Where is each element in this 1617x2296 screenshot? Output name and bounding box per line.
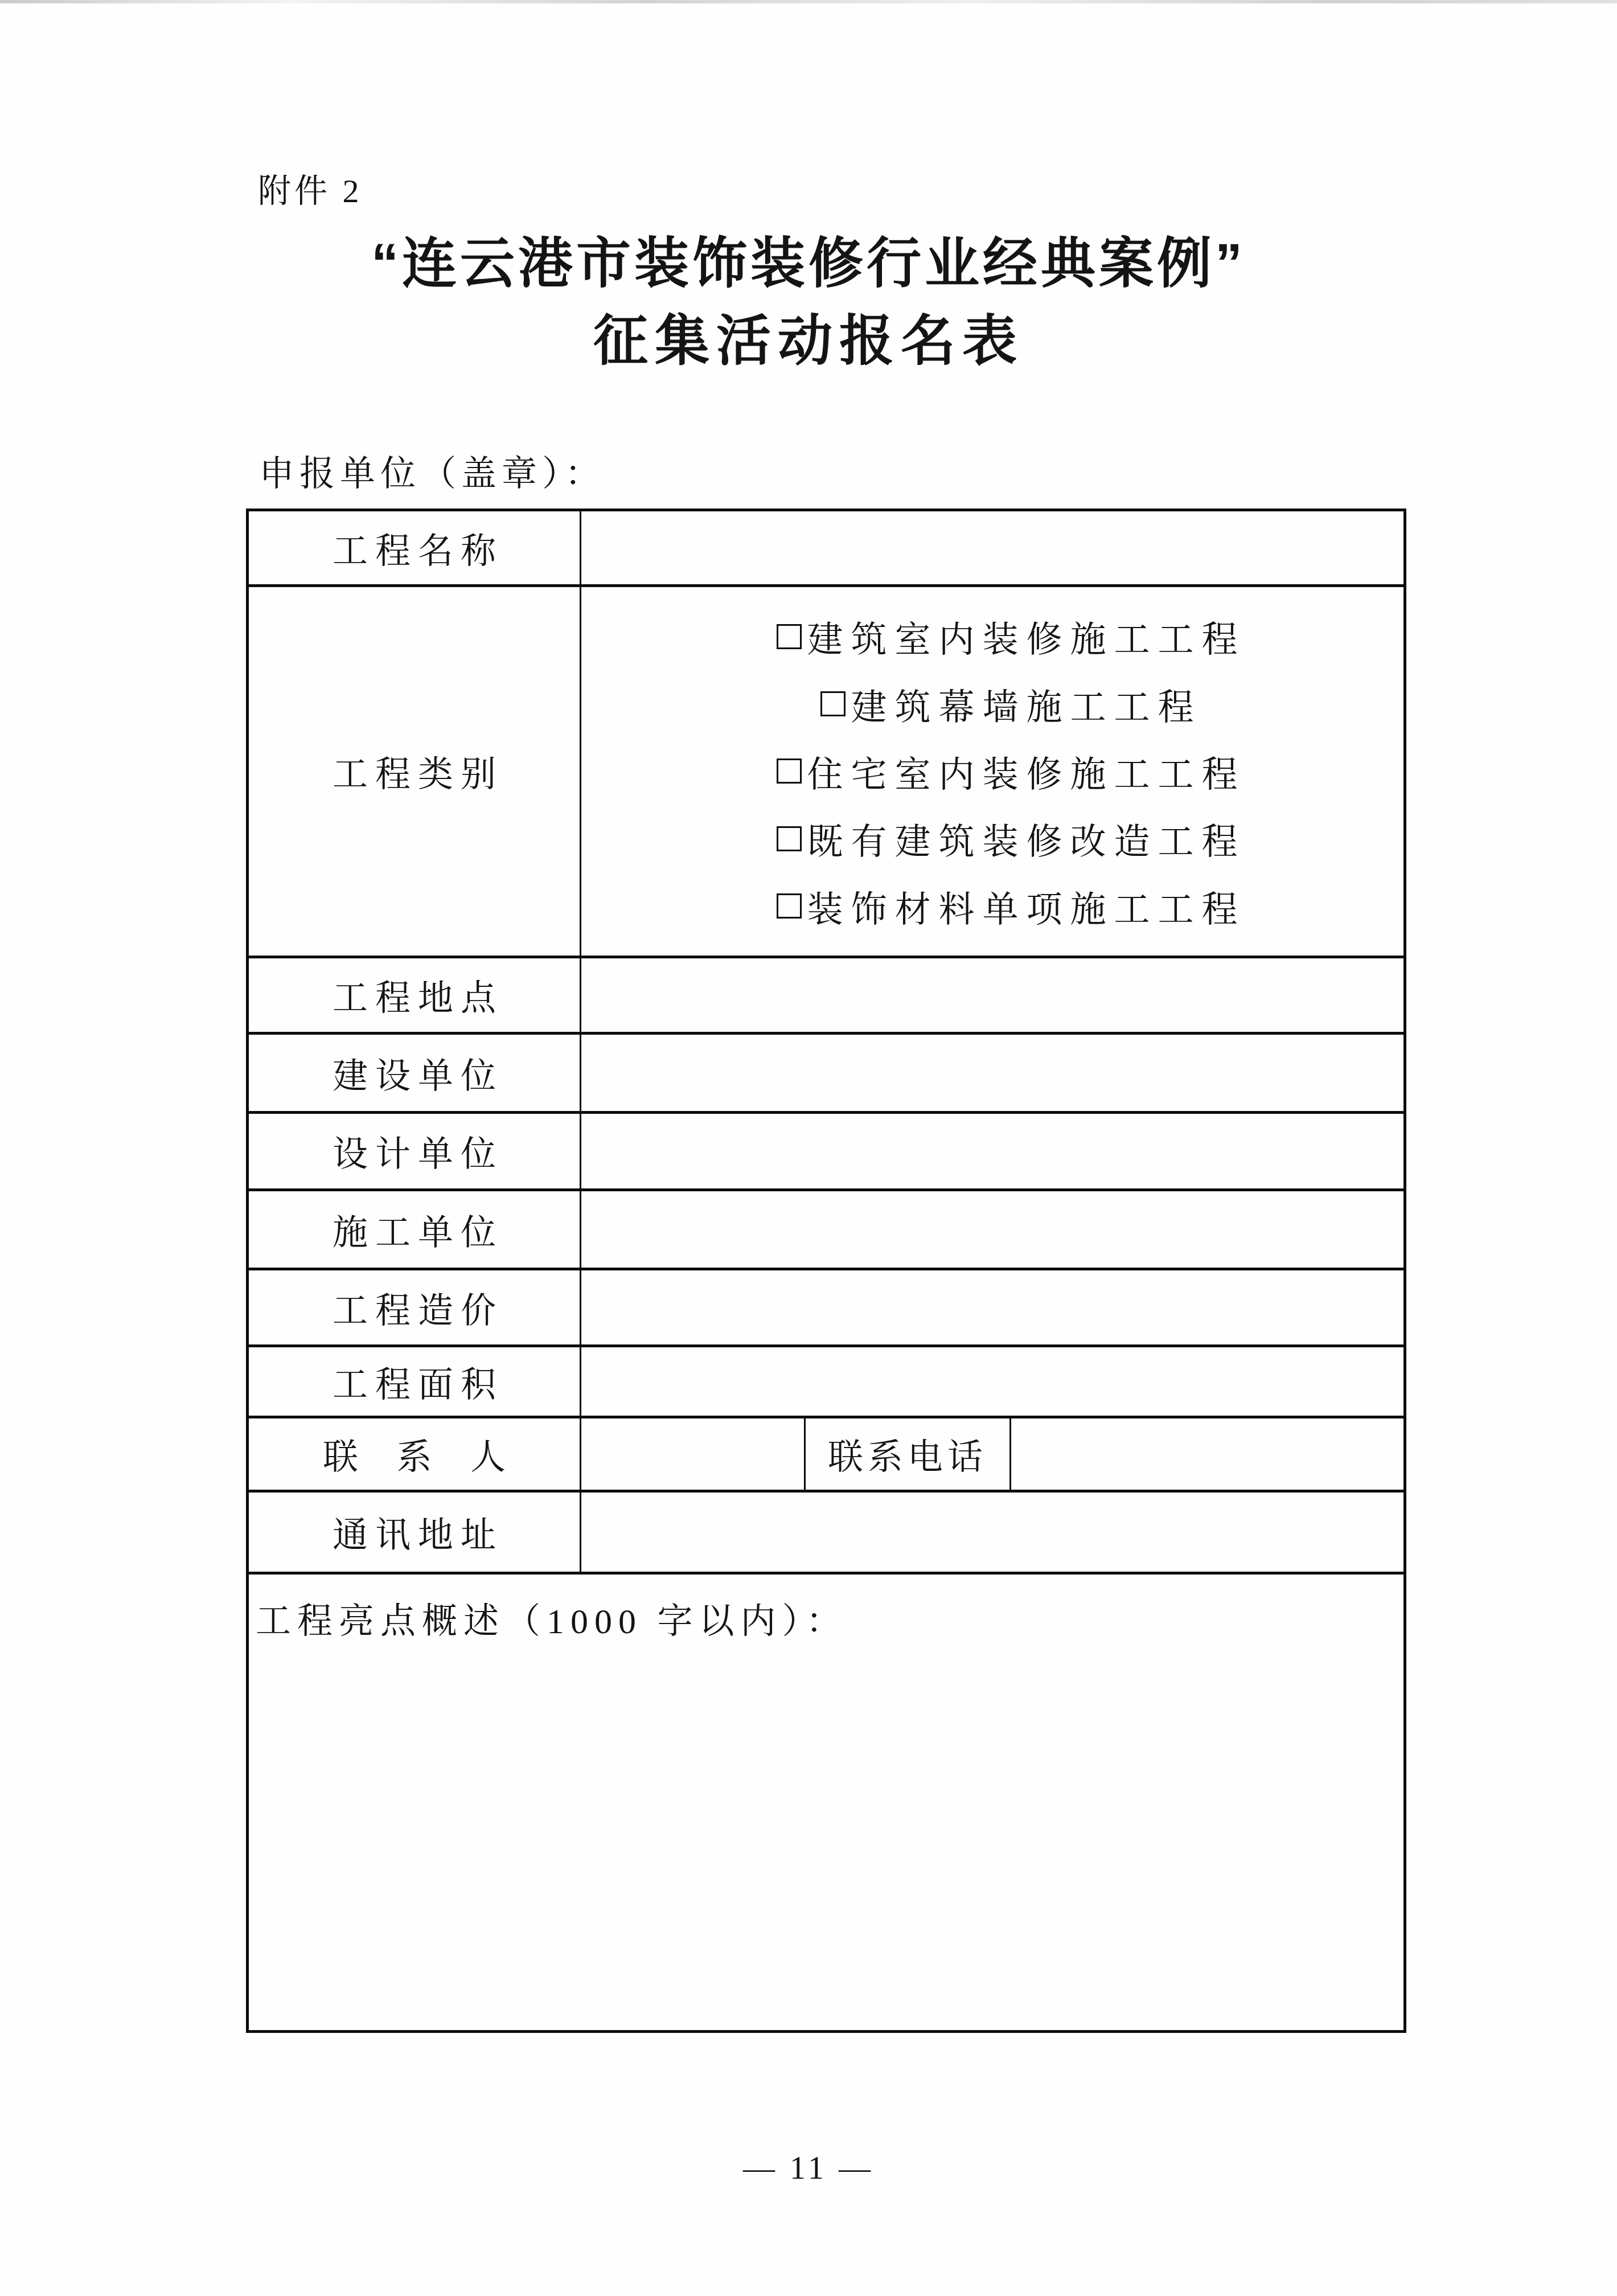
- table-row: 联 系 人 联系电话: [249, 1418, 1403, 1493]
- option-label: 既有建筑装修改造工程: [807, 813, 1246, 864]
- table-row: 工程造价: [249, 1270, 1403, 1347]
- project-type-option: 装饰材料单项施工工程: [777, 880, 1246, 932]
- table-row: 工程面积: [249, 1347, 1403, 1418]
- contact-person-label: 联 系 人: [249, 1418, 581, 1490]
- table-row: 通讯地址: [249, 1493, 1403, 1575]
- project-type-options: 建筑室内装修施工工程 建筑幕墙施工工程 住宅室内装修施工工程 既有建筑装修改造工…: [581, 587, 1403, 956]
- highlights-label: 工程亮点概述（1000 字以内）：: [256, 1593, 848, 1643]
- project-cost-field[interactable]: [581, 1270, 1403, 1344]
- contact-phone-label: 联系电话: [806, 1418, 1011, 1490]
- mailing-address-label: 通讯地址: [249, 1493, 581, 1572]
- attachment-label: 附件 2: [258, 164, 363, 212]
- option-label: 建筑幕墙施工工程: [851, 678, 1202, 730]
- table-row: 工程地点: [249, 958, 1403, 1035]
- project-name-field[interactable]: [581, 511, 1403, 584]
- table-row: 工程亮点概述（1000 字以内）：: [249, 1575, 1403, 2030]
- option-label: 建筑室内装修施工工程: [807, 610, 1246, 662]
- scan-artifact: [0, 0, 1617, 3]
- checkbox-icon[interactable]: [820, 691, 846, 716]
- project-name-label: 工程名称: [249, 511, 581, 584]
- builder-unit-field[interactable]: [581, 1191, 1403, 1268]
- project-type-option: 住宅室内装修施工工程: [777, 745, 1246, 797]
- project-type-option: 既有建筑装修改造工程: [777, 813, 1246, 864]
- design-unit-field[interactable]: [581, 1114, 1403, 1188]
- table-row: 设计单位: [249, 1114, 1403, 1191]
- project-location-field[interactable]: [581, 958, 1403, 1032]
- project-cost-label: 工程造价: [249, 1270, 581, 1344]
- highlights-field[interactable]: 工程亮点概述（1000 字以内）：: [249, 1575, 1403, 2030]
- construction-unit-label: 建设单位: [249, 1035, 581, 1111]
- project-type-option: 建筑幕墙施工工程: [820, 678, 1202, 730]
- project-type-option: 建筑室内装修施工工程: [777, 610, 1246, 662]
- project-area-label: 工程面积: [249, 1347, 581, 1416]
- registration-form-table: 工程名称 工程类别 建筑室内装修施工工程 建筑幕墙施工工程 住宅室内装修施工工程: [246, 509, 1406, 2033]
- checkbox-icon[interactable]: [777, 893, 802, 919]
- table-row: 施工单位: [249, 1191, 1403, 1270]
- table-row: 工程类别 建筑室内装修施工工程 建筑幕墙施工工程 住宅室内装修施工工程 既有建筑…: [249, 587, 1403, 958]
- table-row: 工程名称: [249, 511, 1403, 587]
- page-number: — 11 —: [0, 2150, 1617, 2187]
- construction-unit-field[interactable]: [581, 1035, 1403, 1111]
- page-title-line1: “连云港市装饰装修行业经典案例”: [0, 220, 1617, 298]
- option-label: 装饰材料单项施工工程: [807, 880, 1246, 932]
- builder-unit-label: 施工单位: [249, 1191, 581, 1268]
- project-location-label: 工程地点: [249, 958, 581, 1032]
- project-area-field[interactable]: [581, 1347, 1403, 1416]
- checkbox-icon[interactable]: [777, 758, 802, 784]
- document-page: 附件 2 “连云港市装饰装修行业经典案例” 征集活动报名表 申报单位（盖章）： …: [0, 0, 1617, 2296]
- declaring-unit-seal-label: 申报单位（盖章）：: [259, 445, 605, 496]
- contact-person-field[interactable]: [581, 1418, 806, 1490]
- option-label: 住宅室内装修施工工程: [807, 745, 1246, 797]
- checkbox-icon[interactable]: [777, 624, 802, 649]
- table-row: 建设单位: [249, 1035, 1403, 1114]
- mailing-address-field[interactable]: [581, 1493, 1403, 1572]
- contact-phone-field[interactable]: [1011, 1418, 1403, 1490]
- checkbox-icon[interactable]: [777, 826, 802, 851]
- project-type-label: 工程类别: [249, 587, 581, 956]
- design-unit-label: 设计单位: [249, 1114, 581, 1188]
- page-title-line2: 征集活动报名表: [0, 297, 1617, 375]
